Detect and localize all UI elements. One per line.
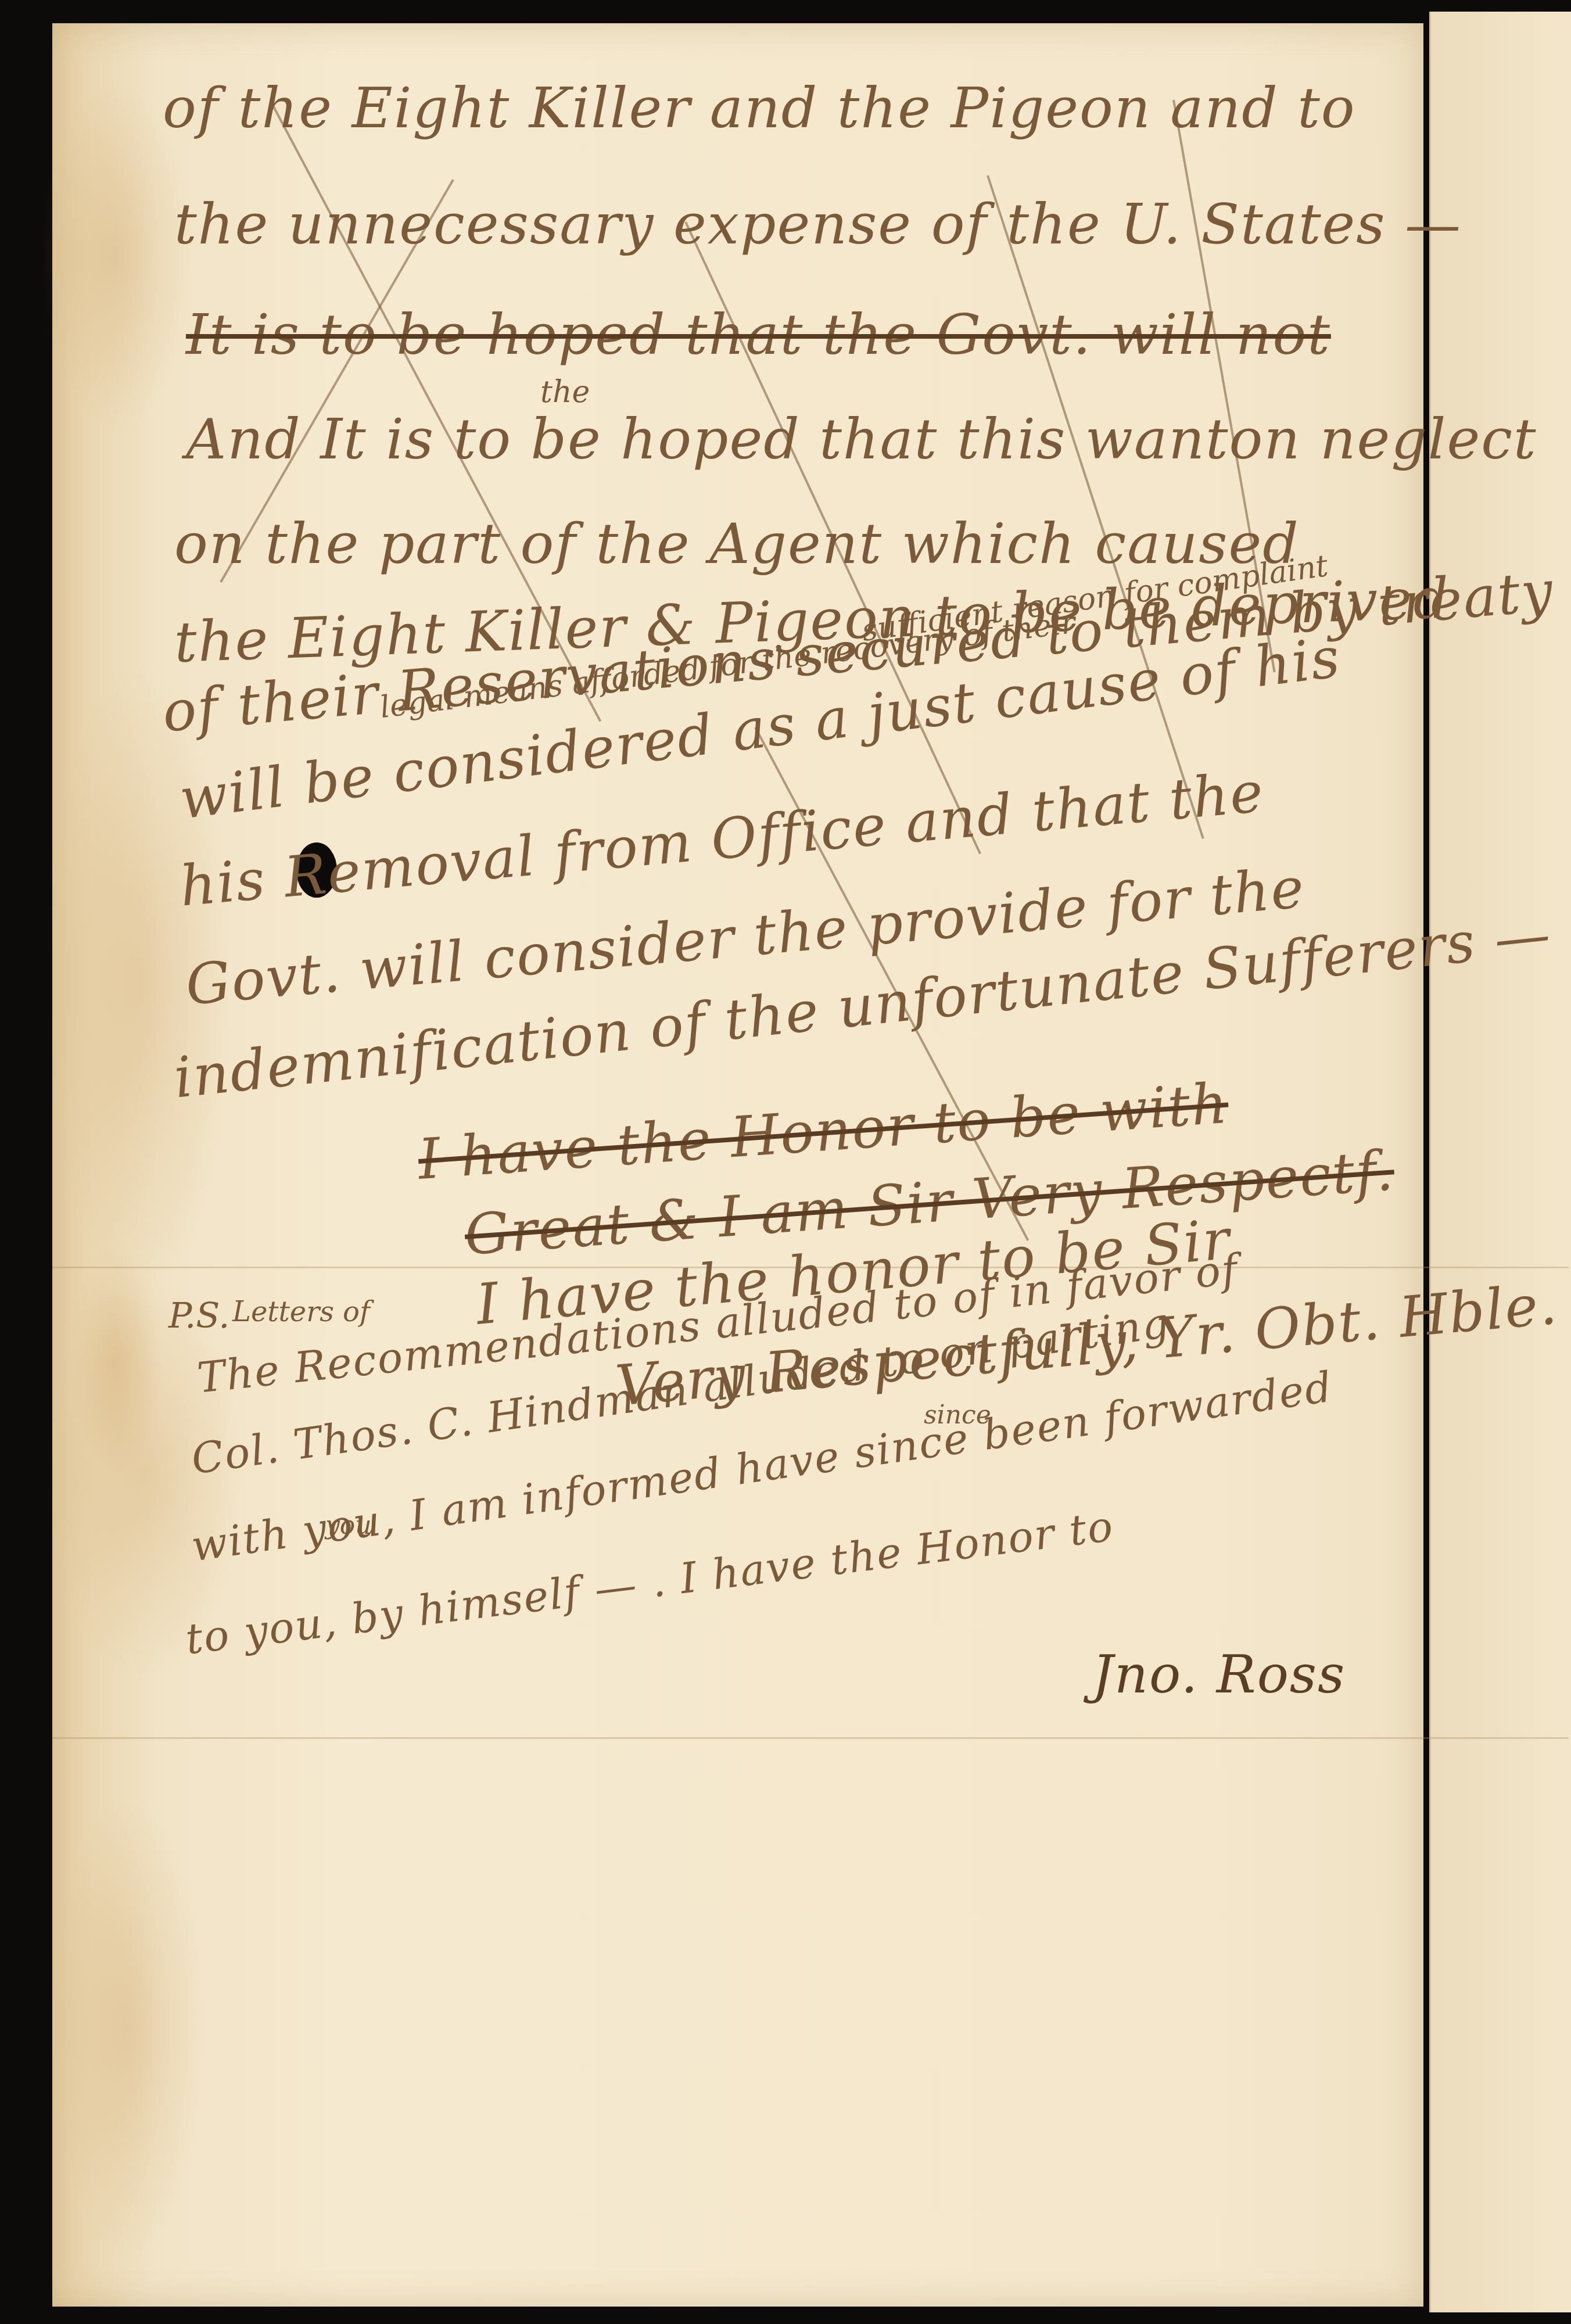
letter-line-3: It is to be hoped that the Govt. will no… (186, 302, 1331, 367)
postscript-label: P.S. (168, 1296, 229, 1336)
letter-line-5: on the part of the Agent which caused (174, 511, 1300, 576)
adjacent-page-edge (1429, 12, 1571, 2312)
fold-crease (52, 1737, 1569, 1739)
signature: Jno. Ross (1092, 1644, 1346, 1705)
letter-line-1: of the Eight Killer and the Pigeon and t… (163, 76, 1356, 141)
insertion-the: the (540, 375, 590, 410)
letter-line-2: the unnecessary expense of the U. States… (174, 192, 1462, 257)
postscript-insert: Letters of (232, 1296, 370, 1328)
letter-line-4: And It is to be hoped that this wanton n… (186, 407, 1537, 472)
